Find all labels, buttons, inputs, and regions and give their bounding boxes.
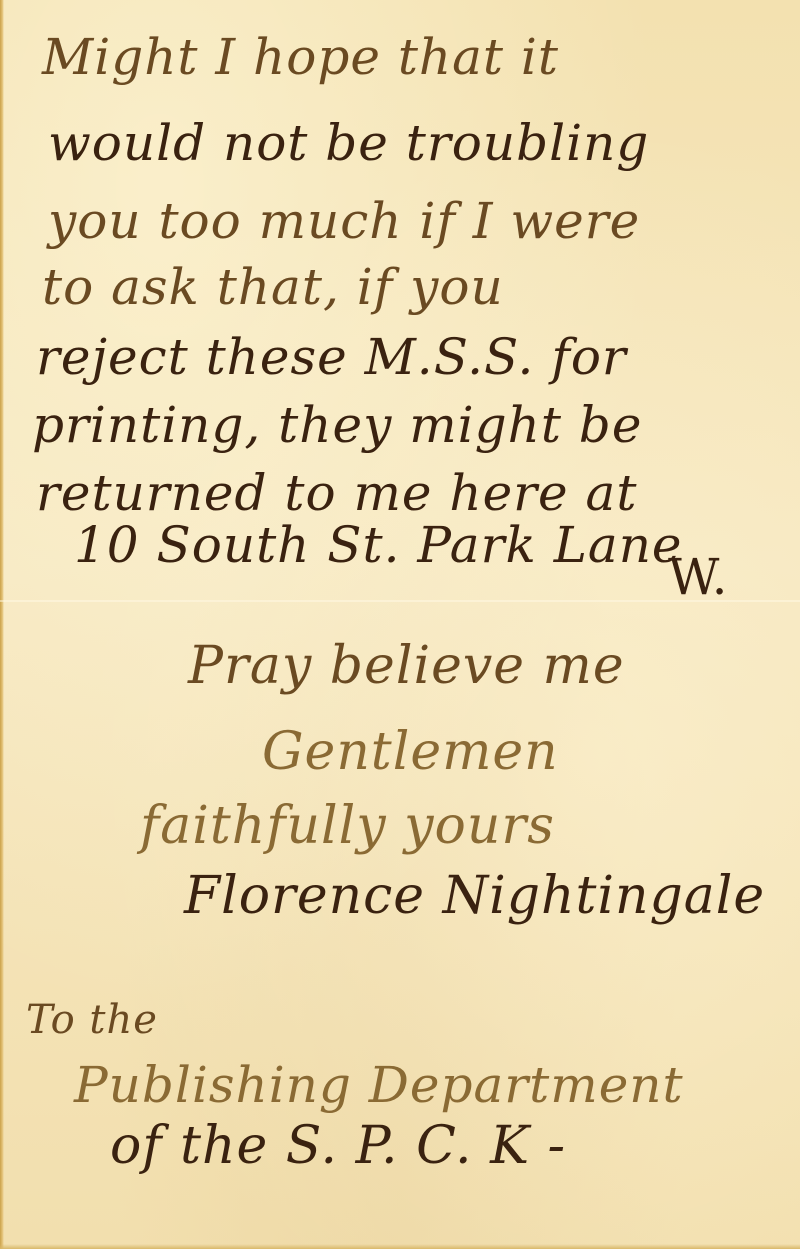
letter-body-line-5: reject these M.S.S. for xyxy=(36,332,627,382)
letter-body-line-7: returned to me here at xyxy=(36,468,637,518)
closing-faithfully-yours: faithfully yours xyxy=(140,800,555,852)
paper-bottom-edge xyxy=(0,1244,800,1249)
paper-left-edge xyxy=(0,0,4,1249)
signature-florence-nightingale: Florence Nightingale xyxy=(184,870,765,922)
letter-page: Might I hope that it would not be troubl… xyxy=(0,0,800,1249)
letter-address-line: 10 South St. Park Lane xyxy=(74,520,683,570)
addressee-of-the-spck: of the S. P. C. K - xyxy=(110,1120,566,1172)
letter-body-line-6: printing, they might be xyxy=(32,400,642,450)
letter-body-line-4: to ask that, if you xyxy=(42,262,504,312)
letter-address-postal-district: W. xyxy=(668,552,729,602)
closing-pray-believe-me: Pray believe me xyxy=(188,640,625,692)
addressee-publishing-department: Publishing Department xyxy=(74,1060,684,1110)
closing-gentlemen: Gentlemen xyxy=(262,726,559,778)
letter-body-line-1: Might I hope that it xyxy=(42,32,559,82)
letter-body-line-3: you too much if I were xyxy=(48,196,640,246)
letter-body-line-2: would not be troubling xyxy=(48,118,649,168)
addressee-to-the: To the xyxy=(26,1000,158,1040)
